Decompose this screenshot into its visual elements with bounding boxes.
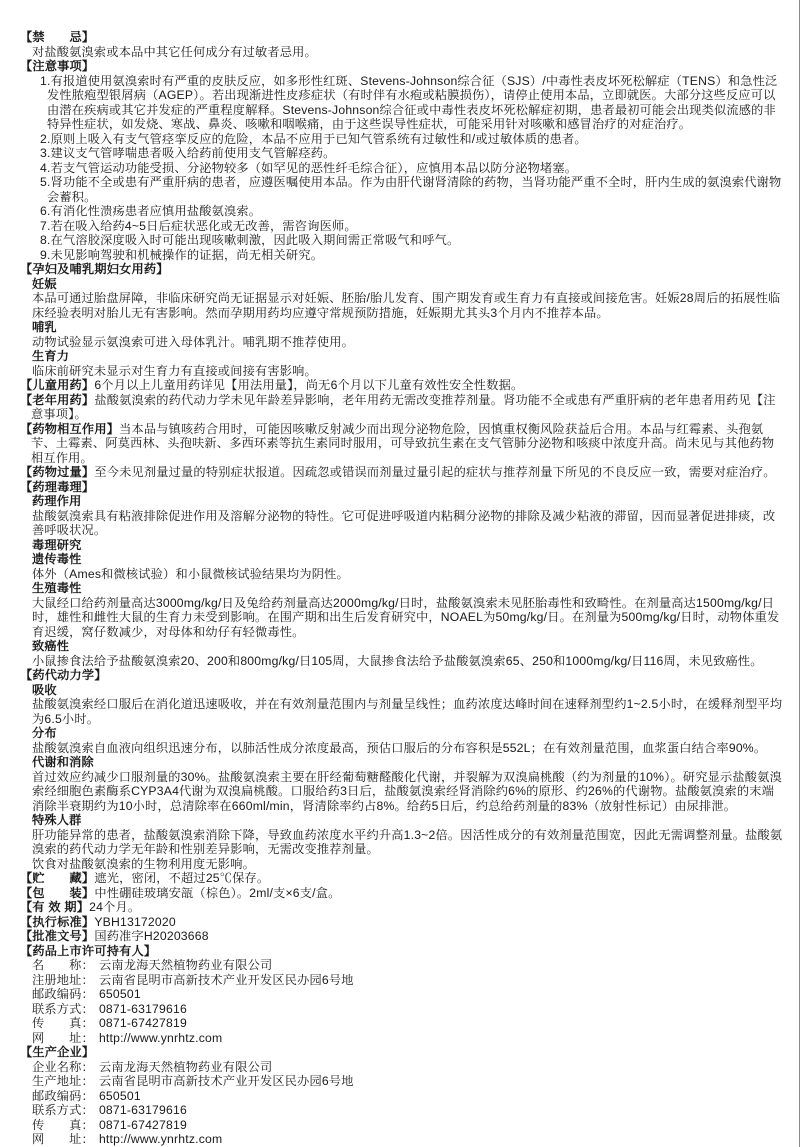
list-item: 9.未见影响驾驶和机械操作的证据，尚无相关研究。 <box>10 248 783 263</box>
contact-label: 企业名称： <box>32 1060 94 1074</box>
subheading: 遗传毒性 <box>10 552 783 567</box>
document-body: 【禁 忌】对盐酸氨溴索或本品中其它任何成分有过敏者忌用。【注意事项】1.有报道使… <box>10 30 783 1147</box>
section-heading: 【包 装】中性硼硅玻璃安瓿（棕色）。2ml/支×6支/盒。 <box>10 886 783 901</box>
paragraph: 盐酸氨溴索自血液向组织迅速分布，以肺活性成分浓度最高，预估口服后的分布容积是55… <box>10 741 783 756</box>
subheading: 药理作用 <box>10 494 783 509</box>
list-item: 1.有报道使用氨溴索时有严重的皮肤反应，如多形性红斑、Stevens-Johns… <box>10 74 783 132</box>
contact-label: 联系方式： <box>32 1103 94 1117</box>
contact-label: 邮政编码： <box>32 1089 94 1103</box>
contact-label: 生产地址： <box>32 1074 94 1088</box>
section-label: 【药物相互作用】 <box>20 422 119 436</box>
contact-label: 邮政编码： <box>32 987 94 1001</box>
section-label: 【老年用药】 <box>20 393 94 407</box>
section-label: 【贮 藏】 <box>20 871 94 885</box>
contact-value: 云南龙海天然植物药业有限公司 <box>99 958 272 972</box>
list-item: 7.若在吸入给药4~5日后症状恶化或无改善，需咨询医师。 <box>10 219 783 234</box>
section-inline-text: 24个月。 <box>89 900 140 914</box>
contact-row: 生产地址：云南省昆明市高新技术产业开发区民办园6号地 <box>10 1074 783 1089</box>
section-inline-text: 至今未见剂量过量的特别症状报道。因疏忽或错误而剂量过量引起的症状与推荐剂量下所见… <box>94 465 775 479</box>
list-item: 4.若支气管运动功能受损、分泌物较多（如罕见的恶性纤毛综合征），应慎用本品以防分… <box>10 161 783 176</box>
section-inline-text: 中性硼硅玻璃安瓿（棕色）。2ml/支×6支/盒。 <box>94 886 340 900</box>
section-inline-text: 国药准字H20203668 <box>94 929 208 943</box>
list-item: 5.肾功能不全或患有严重肝病的患者，应遵医嘱使用本品。作为由肝代谢肾清除的药物，… <box>10 175 783 204</box>
contact-value: 0871-67427819 <box>99 1118 187 1132</box>
paragraph: 对盐酸氨溴索或本品中其它任何成分有过敏者忌用。 <box>10 45 783 60</box>
contact-label: 网 址： <box>32 1031 94 1045</box>
section-label: 【执行标准】 <box>20 915 94 929</box>
contact-label: 注册地址： <box>32 973 94 987</box>
subheading: 代谢和消除 <box>10 755 783 770</box>
drug-insert-page: 【禁 忌】对盐酸氨溴索或本品中其它任何成分有过敏者忌用。【注意事项】1.有报道使… <box>0 0 800 1147</box>
contact-row: 邮政编码：650501 <box>10 987 783 1002</box>
section-heading: 【儿童用药】6个月以上儿童用药详见【用法用量】，尚无6个月以下儿童有效性安全性数… <box>10 378 783 393</box>
section-heading: 【执行标准】YBH13172020 <box>10 915 783 930</box>
contact-row: 名 称：云南龙海天然植物药业有限公司 <box>10 958 783 973</box>
paragraph: 首过效应约减少口服剂量的30%。盐酸氨溴索主要在肝经葡萄糖醛酸化代谢，并裂解为双… <box>10 770 783 814</box>
paragraph: 小鼠掺食法给予盐酸氨溴索20、200和800mg/kg/日105周，大鼠掺食法给… <box>10 654 783 669</box>
contact-value: 云南省昆明市高新技术产业开发区民办园6号地 <box>99 973 354 987</box>
section-inline-text: 遮光，密闭，不超过25℃保存。 <box>94 871 269 885</box>
paragraph: 盐酸氨溴索经口服后在消化道迅速吸收，并在有效剂量范围内与剂量呈线性；血药浓度达峰… <box>10 697 783 726</box>
section-heading: 【药物过量】至今未见剂量过量的特别症状报道。因疏忽或错误而剂量过量引起的症状与推… <box>10 465 783 480</box>
contact-value: 云南龙海天然植物药业有限公司 <box>99 1060 272 1074</box>
contact-value: 云南省昆明市高新技术产业开发区民办园6号地 <box>99 1074 354 1088</box>
section-heading: 【生产企业】 <box>10 1045 783 1060</box>
list-item: 3.建议支气管哮喘患者吸入给药前使用支气管解痉药。 <box>10 146 783 161</box>
section-heading: 【注意事项】 <box>10 59 783 74</box>
section-inline-text: 6个月以上儿童用药详见【用法用量】，尚无6个月以下儿童有效性安全性数据。 <box>94 378 523 392</box>
paragraph: 肝功能异常的患者，盐酸氨溴索消除下降，导致血药浓度水平约升高1.3~2倍。因活性… <box>10 828 783 857</box>
section-label: 【药物过量】 <box>20 465 94 479</box>
section-label: 【有 效 期】 <box>20 900 89 914</box>
contact-label: 网 址： <box>32 1132 94 1146</box>
subheading: 分布 <box>10 726 783 741</box>
section-inline-text: 盐酸氨溴索的药代动力学未见年龄差异影响，老年用药无需改变推荐剂量。肾功能不全或患… <box>31 393 776 422</box>
contact-row: 邮政编码：650501 <box>10 1089 783 1104</box>
section-heading: 【贮 藏】遮光，密闭，不超过25℃保存。 <box>10 871 783 886</box>
subheading: 生殖毒性 <box>10 581 783 596</box>
contact-row: 网 址：http://www.ynrhtz.com <box>10 1031 783 1046</box>
section-label: 【药理毒理】 <box>20 480 94 494</box>
contact-value: http://www.ynrhtz.com <box>99 1031 222 1045</box>
subheading: 吸收 <box>10 683 783 698</box>
section-heading: 【禁 忌】 <box>10 30 783 45</box>
contact-value: 650501 <box>99 987 141 1001</box>
section-heading: 【孕妇及哺乳期妇女用药】 <box>10 262 783 277</box>
contact-row: 传 真：0871-67427819 <box>10 1118 783 1133</box>
section-label: 【批准文号】 <box>20 929 94 943</box>
section-heading: 【批准文号】国药准字H20203668 <box>10 929 783 944</box>
contact-value: 0871-63179616 <box>99 1103 187 1117</box>
paragraph: 大鼠经口给药剂量高达3000mg/kg/日及兔给药剂量高达2000mg/kg/日… <box>10 596 783 640</box>
section-heading: 【药品上市许可持有人】 <box>10 944 783 959</box>
section-label: 【儿童用药】 <box>20 378 94 392</box>
section-heading: 【有 效 期】24个月。 <box>10 900 783 915</box>
contact-row: 联系方式：0871-63179616 <box>10 1103 783 1118</box>
section-label: 【注意事项】 <box>20 59 94 73</box>
section-label: 【药品上市许可持有人】 <box>20 944 156 958</box>
contact-row: 联系方式：0871-63179616 <box>10 1002 783 1017</box>
paragraph: 本品可通过胎盘屏障，非临床研究尚无证据显示对妊娠、胚胎/胎儿发育、围产期发育或生… <box>10 291 783 320</box>
list-item: 2.原则上吸入有支气管痉挛反应的危险，本品不应用于已知气管系统有过敏性和/或过敏… <box>10 132 783 147</box>
contact-row: 企业名称：云南龙海天然植物药业有限公司 <box>10 1060 783 1075</box>
section-heading: 【药物相互作用】当本品与镇咳药合用时，可能因咳嗽反射减少而出现分泌物危险，因慎重… <box>10 422 783 466</box>
subheading: 特殊人群 <box>10 813 783 828</box>
paragraph: 体外（Ames和微核试验）和小鼠微核试验结果均为阴性。 <box>10 567 783 582</box>
section-inline-text: YBH13172020 <box>94 915 175 929</box>
contact-value: 650501 <box>99 1089 141 1103</box>
contact-label: 名 称： <box>32 958 94 972</box>
section-heading: 【老年用药】盐酸氨溴索的药代动力学未见年龄差异影响，老年用药无需改变推荐剂量。肾… <box>10 393 783 422</box>
contact-label: 联系方式： <box>32 1002 94 1016</box>
paragraph: 临床前研究未显示对生育力有直接或间接有害影响。 <box>10 364 783 379</box>
section-label: 【孕妇及哺乳期妇女用药】 <box>20 262 169 276</box>
contact-value: 0871-63179616 <box>99 1002 187 1016</box>
contact-row: 注册地址：云南省昆明市高新技术产业开发区民办园6号地 <box>10 973 783 988</box>
section-label: 【包 装】 <box>20 886 94 900</box>
list-item: 8.在气溶胶深度吸入时可能出现咳嗽刺激，因此吸入期间需正常吸气和呼气。 <box>10 233 783 248</box>
section-label: 【药代动力学】 <box>20 668 107 682</box>
section-label: 【禁 忌】 <box>20 30 94 44</box>
contact-row: 网 址：http://www.ynrhtz.com <box>10 1132 783 1147</box>
list-item: 6.有消化性溃疡患者应慎用盐酸氨溴索。 <box>10 204 783 219</box>
section-inline-text: 当本品与镇咳药合用时，可能因咳嗽反射减少而出现分泌物危险，因慎重权衡风险获益后合… <box>31 422 774 465</box>
section-label: 【生产企业】 <box>20 1045 94 1059</box>
contact-label: 传 真： <box>32 1016 94 1030</box>
subheading: 致癌性 <box>10 639 783 654</box>
contact-label: 传 真： <box>32 1118 94 1132</box>
section-heading: 【药理毒理】 <box>10 480 783 495</box>
contact-row: 传 真：0871-67427819 <box>10 1016 783 1031</box>
subheading: 哺乳 <box>10 320 783 335</box>
paragraph: 动物试验显示氨溴索可进入母体乳汁。哺乳期不推荐使用。 <box>10 335 783 350</box>
contact-value: http://www.ynrhtz.com <box>99 1132 222 1146</box>
contact-value: 0871-67427819 <box>99 1016 187 1030</box>
subheading: 毒理研究 <box>10 538 783 553</box>
paragraph: 饮食对盐酸氨溴索的生物利用度无影响。 <box>10 857 783 872</box>
subheading: 生育力 <box>10 349 783 364</box>
subheading: 妊娠 <box>10 277 783 292</box>
section-heading: 【药代动力学】 <box>10 668 783 683</box>
paragraph: 盐酸氨溴索具有粘液排除促进作用及溶解分泌物的特性。它可促进呼吸道内粘稠分泌物的排… <box>10 509 783 538</box>
